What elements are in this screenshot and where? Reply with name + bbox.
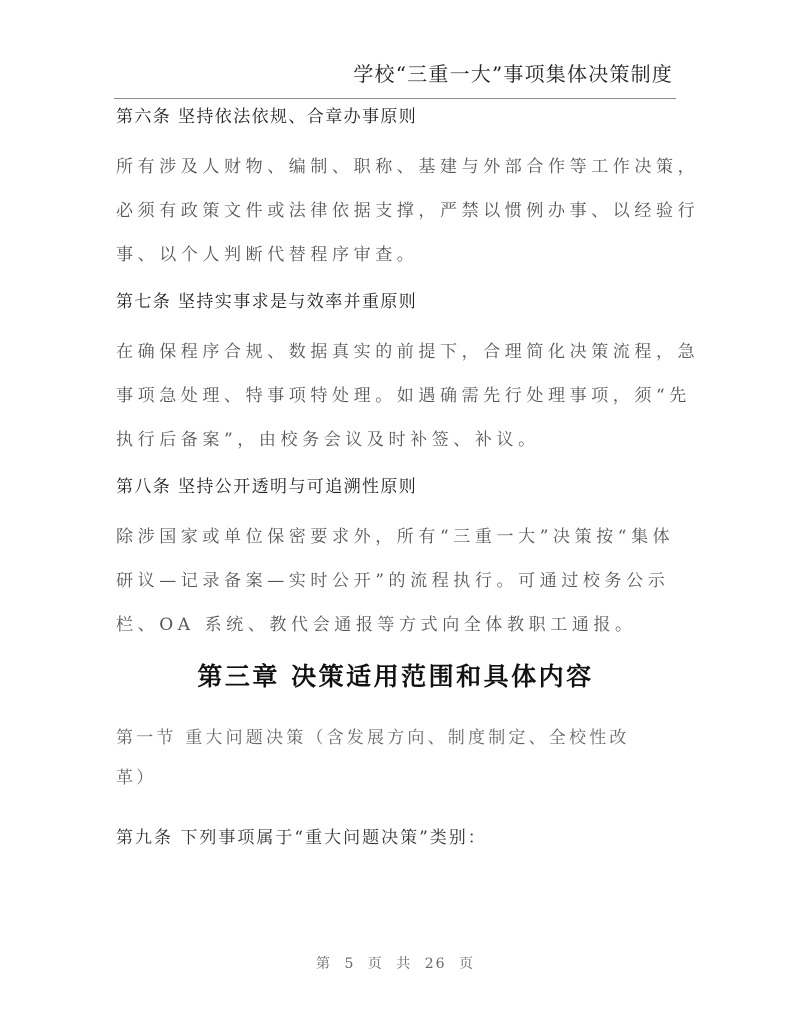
article-6-line-1: 所有涉及人财物、编制、职称、基建与外部合作等工作决策， — [116, 152, 699, 177]
article-6-line-3: 事、以个人判断代替程序审查。 — [116, 240, 418, 265]
article-6-line-2: 必须有政策文件或法律依据支撑，严禁以惯例办事、以经验行 — [116, 196, 699, 221]
article-9-title: 第九条 下列事项属于“重大问题决策”类别： — [116, 823, 487, 848]
article-8-line-3: 栏、OA 系统、教代会通报等方式向全体教职工通报。 — [116, 610, 637, 635]
article-8-title: 第八条 坚持公开透明与可追溯性原则 — [116, 472, 417, 497]
header-divider — [114, 98, 676, 99]
page-number-footer: 第 5 页 共 26 页 — [0, 953, 791, 973]
section-title-line-1: 第一节 重大问题决策（含发展方向、制度制定、全校性改 — [116, 723, 630, 748]
article-7-line-3: 执行后备案”，由校务会议及时补签、补议。 — [116, 425, 540, 450]
chapter-heading: 第三章 决策适用范围和具体内容 — [0, 657, 791, 693]
section-title-line-2: 革） — [116, 763, 156, 788]
article-8-line-1: 除涉国家或单位保密要求外，所有“三重一大”决策按“集体 — [116, 522, 674, 547]
article-7-line-1: 在确保程序合规、数据真实的前提下，合理简化决策流程，急 — [116, 337, 699, 362]
article-7-title: 第七条 坚持实事求是与效率并重原则 — [116, 287, 417, 312]
article-8-line-2: 研议—记录备案—实时公开”的流程执行。可通过校务公示 — [116, 566, 669, 591]
article-6-title: 第六条 坚持依法依规、合章办事原则 — [116, 102, 417, 127]
article-7-line-2: 事项急处理、特事项特处理。如遇确需先行处理事项，须“先 — [116, 381, 691, 406]
running-header-title: 学校“三重一大”事项集体决策制度 — [353, 58, 673, 87]
